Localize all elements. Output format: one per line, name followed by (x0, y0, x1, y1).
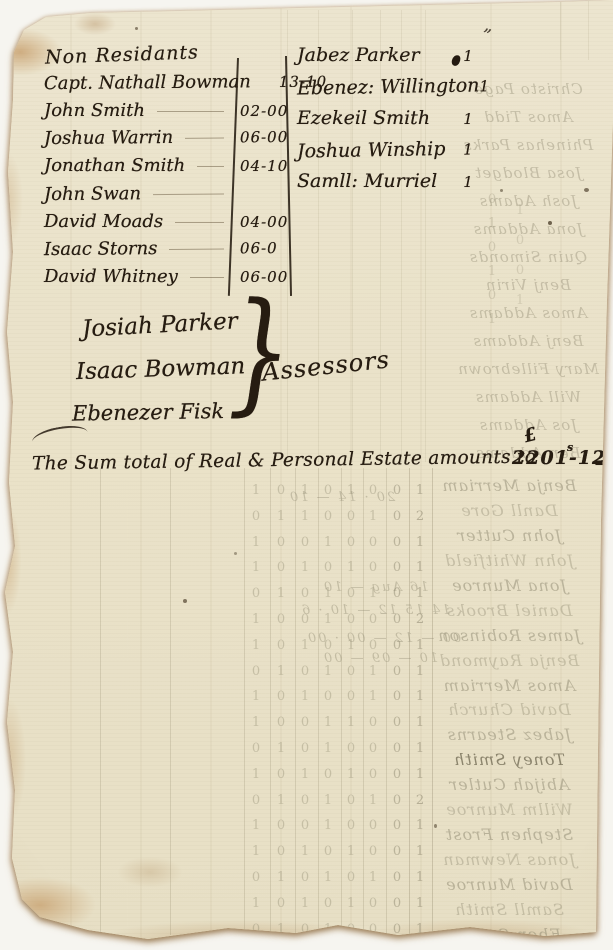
name-tally-list: Jabez Parker 1 Ebenez: Willington 1 Ezek… (297, 44, 475, 192)
list-row: Jabez Parker 1 (297, 44, 475, 66)
ink-speck (500, 189, 503, 192)
person-name: Ebenez: Willington (297, 74, 480, 99)
resident-name: David Whitney (44, 266, 178, 287)
shilling-superscript: s (567, 441, 573, 454)
assessor-signature: Isaac Bowman (76, 353, 246, 385)
amount-value: 02-00 (232, 102, 290, 120)
ink-speck (548, 221, 552, 225)
ditto-dash (175, 222, 224, 223)
resident-name: Capt. Nathall Bowman (44, 71, 251, 94)
amount-value: 06-0 (232, 239, 290, 258)
resident-name: Isaac Storns (44, 238, 158, 260)
table-row: Joshua Warrin 06-00 (44, 126, 290, 152)
resident-name: Joshua Warrin (44, 127, 173, 149)
ditto-dash (197, 166, 224, 167)
amount-value: 04-00 (232, 213, 290, 231)
table-row: Jonathan Smith 04-10 (44, 155, 290, 179)
ink-speck (183, 599, 187, 603)
section-heading: Non Residants (45, 41, 200, 68)
stray-mark: ” (480, 25, 493, 46)
person-name: Joshua Winship (297, 137, 446, 162)
sum-total-amount: 2201-12 (512, 447, 606, 469)
ditto-dash (169, 249, 224, 250)
list-row: Samll: Murriel 1 (297, 170, 475, 192)
resident-name: John Swan (44, 183, 141, 205)
assessor-signature: Ebenezer Fisk (72, 399, 242, 426)
amount-value: 06-00 (232, 128, 290, 147)
paper-shadow-wrap: 1 0 1 1 0 1 1 0 1 1 0 1 0 1 1 0 1 00 1 0… (0, 0, 613, 950)
list-row: Ebenez: Willington 1 (297, 74, 475, 99)
ink-speck (584, 188, 589, 192)
manuscript-photo: 1 0 1 1 0 1 1 0 1 1 0 1 0 1 1 0 1 00 1 0… (0, 0, 613, 950)
table-row: Capt. Nathall Bowman 13-10 (44, 71, 290, 97)
ink-speck (135, 27, 138, 30)
ink-speck (434, 824, 437, 828)
ditto-dash (190, 277, 224, 278)
table-row: Isaac Storns 06-0 (44, 237, 290, 263)
list-row: Ezekeil Smith 1 (297, 107, 475, 129)
paper-sheet: 1 0 1 1 0 1 1 0 1 1 0 1 0 1 1 0 1 00 1 0… (0, 0, 613, 950)
tally-mark: 1 (461, 110, 475, 128)
person-name: Samll: Murriel (297, 170, 437, 192)
person-name: Ezekeil Smith (297, 107, 430, 129)
tally-mark: 1 (461, 47, 475, 65)
table-row: John Smith 02-00 (44, 100, 290, 124)
amount-value: 04-10 (232, 157, 290, 175)
amount-value (232, 198, 290, 199)
person-name: Jabez Parker (297, 44, 420, 66)
pound-sign: £ (522, 424, 539, 447)
resident-name: David Moads (44, 211, 163, 232)
tally-mark: 1 (461, 173, 475, 191)
list-row: Joshua Winship 1 (297, 137, 475, 162)
signature-brace: } (228, 286, 292, 418)
ditto-dash (157, 111, 224, 112)
ink-layer: Non Residants ” Capt. Nathall Bowman 13-… (0, 0, 613, 950)
ditto-dash (153, 193, 224, 195)
table-row: David Moads 04-00 (44, 211, 290, 235)
tally-mark: 1 (461, 140, 475, 158)
ink-speck (234, 552, 237, 555)
pen-flourish (31, 422, 90, 451)
sum-total-sentence: The Sum total of Real & Personal Estate … (32, 446, 537, 474)
resident-name: John Smith (44, 100, 145, 121)
trailing-dash: = (594, 455, 606, 471)
assessor-signatures: Josiah ParkerIsaac BowmanEbenezer Fisk (82, 312, 251, 424)
table-row: John Swan (44, 182, 290, 208)
tally-mark: 1 (479, 77, 489, 95)
resident-name: Jonathan Smith (44, 155, 185, 176)
assessor-signature: Josiah Parker (81, 308, 251, 343)
non-residents-table: Capt. Nathall Bowman 13-10 John Smith 02… (44, 72, 290, 290)
ditto-dash (185, 138, 224, 139)
